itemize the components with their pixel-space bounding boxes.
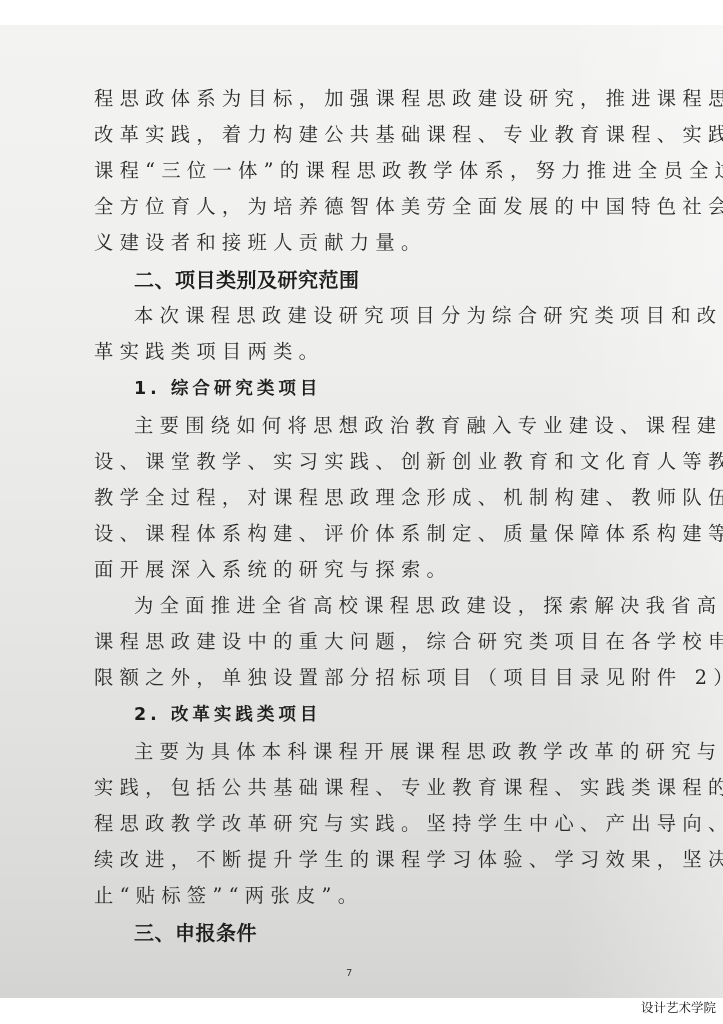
section-heading-3: 三、申报条件 [134,921,257,945]
body-line: 限额之外，单独设置部分招标项目（项目目录见附件 2）。 [94,666,723,690]
body-line: 为全面推进全省高校课程思政建设，探索解决我省高校 [134,594,723,618]
body-line: 本次课程思政建设研究项目分为综合研究类项目和改 [134,304,722,328]
body-line: 面开展深入系统的研究与探索。 [94,558,452,582]
body-line: 设、课程体系构建、评价体系制定、质量保障体系构建等方 [94,522,723,546]
watermark-label: 设计艺术学院 [641,998,716,1016]
body-line: 主要围绕如何将思想政治教育融入专业建设、课程建 [134,414,722,438]
body-line: 止“贴标签”“两张皮”。 [94,884,363,908]
body-line: 程思政教学改革研究与实践。坚持学生中心、产出导向、持 [94,812,723,836]
body-line: 全方位育人，为培养德智体美劳全面发展的中国特色社会主 [94,195,723,219]
body-line: 课程“三位一体”的课程思政教学体系，努力推进全员全过程 [94,159,723,183]
subsection-heading-2: 2. 改革实践类项目 [134,703,321,727]
body-line: 义建设者和接班人贡献力量。 [94,231,427,255]
body-line: 实践，包括公共基础课程、专业教育课程、实践类课程的课 [94,776,723,800]
body-line: 革实践类项目两类。 [94,340,324,364]
section-heading-2: 二、项目类别及研究范围 [134,268,360,292]
body-line: 程思政体系为目标，加强课程思政建设研究，推进课程思政 [94,87,723,111]
body-line: 设、课堂教学、实习实践、创新创业教育和文化育人等教育 [94,450,723,474]
document-page: 程思政体系为目标，加强课程思政建设研究，推进课程思政 改革实践，着力构建公共基础… [0,25,723,998]
subsection-heading-1: 1. 综合研究类项目 [134,377,321,401]
body-line: 教学全过程，对课程思政理念形成、机制构建、教师队伍建 [94,486,723,510]
page-number: 7 [346,968,352,979]
body-line: 主要为具体本科课程开展课程思政教学改革的研究与 [134,740,722,764]
body-line: 续改进，不断提升学生的课程学习体验、学习效果，坚决防 [94,848,723,872]
body-line: 课程思政建设中的重大问题，综合研究类项目在各学校申报 [94,630,723,654]
body-line: 改革实践，着力构建公共基础课程、专业教育课程、实践类 [94,123,723,147]
